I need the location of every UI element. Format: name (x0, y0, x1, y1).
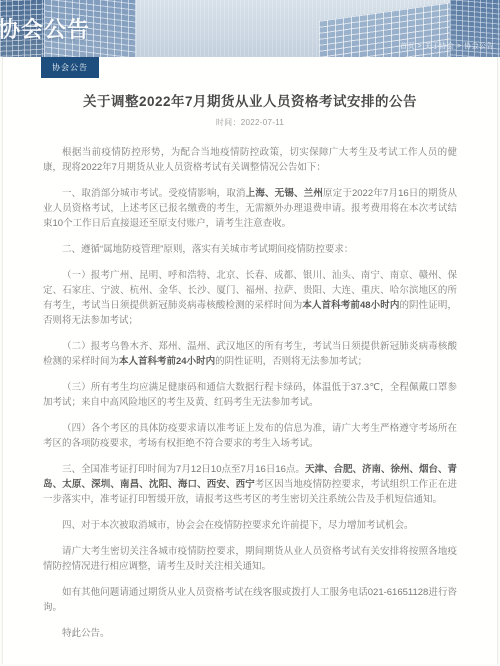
paragraph: 特此公告。 (43, 626, 457, 641)
banner-title: 协会公告 (0, 13, 90, 44)
announcement-article: 关于调整2022年7月期货从业人员资格考试安排的公告 时间：2022-07-11… (3, 57, 497, 641)
paragraph: 根据当前疫情防控形势，为配合当地疫情防控政策，切实保障广大考生及考试工作人员的健… (43, 145, 457, 175)
paragraph: 请广大考生密切关注各城市疫情防控要求，期间期货从业人员资格考试有关安排将按照各地… (43, 544, 457, 574)
paragraph: 如有其他问题请通过期货从业人员资格考试在线客服或拨打人工服务电话021-6165… (43, 585, 457, 615)
paragraph: 三、全国准考证打印时间为7月12日10点至7月16日16点。天津、合肥、济南、徐… (43, 462, 457, 507)
article-date: 时间：2022-07-11 (3, 117, 497, 128)
paragraph: 一、取消部分城市考试。受疫情影响，取消上海、无锡、兰州原定于2022年7月16日… (43, 186, 457, 231)
tab-association-announcements[interactable]: 协会公告 (41, 57, 99, 78)
breadcrumb[interactable]: 首页 > 关于协会 > 协会公告 (400, 41, 494, 51)
article-title: 关于调整2022年7月期货从业人员资格考试安排的公告 (43, 90, 457, 110)
paragraph: （四）各个考区的具体防疫要求请以准考证上发布的信息为准，请广大考生严格遵守考场所… (43, 421, 457, 451)
article-body: 根据当前疫情防控形势，为配合当地疫情防控政策，切实保障广大考生及考试工作人员的健… (43, 145, 457, 641)
paragraph: （二）报考乌鲁木齐、郑州、温州、武汉地区的所有考生，考试当日须提供新冠肺炎病毒核… (43, 339, 457, 369)
paragraph: （一）报考广州、昆明、呼和浩特、北京、长春、成都、银川、汕头、南宁、南京、赣州、… (43, 268, 457, 328)
paragraph: 二、遵循“属地防疫管理”原则，落实有关城市考试期间疫情防控要求： (43, 242, 457, 257)
paragraph: （三）所有考生均应满足健康码和通信大数据行程卡绿码，体温低于37.3℃，全程佩戴… (43, 380, 457, 410)
page-banner: 协会公告 首页 > 关于协会 > 协会公告 (0, 0, 500, 57)
content-card: 协会公告 关于调整2022年7月期货从业人员资格考试安排的公告 时间：2022-… (2, 57, 498, 664)
paragraph: 四、对于本次被取消城市，协会会在疫情防控要求允许前提下，尽力增加考试机会。 (43, 518, 457, 533)
